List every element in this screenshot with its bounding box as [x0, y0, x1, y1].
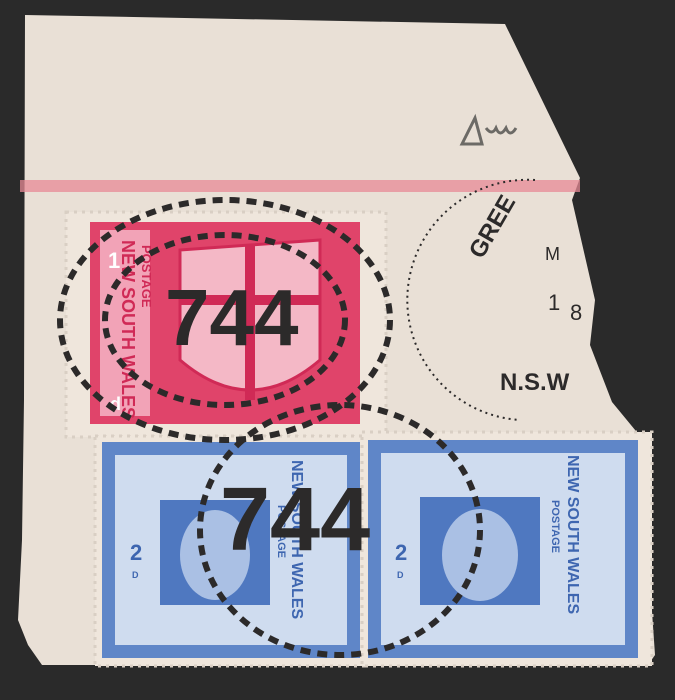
- svg-text:2: 2: [130, 540, 142, 565]
- svg-text:1: 1: [108, 248, 120, 273]
- numeral-744-upper: 744: [165, 273, 299, 362]
- stamp-2d-right: NEW SOUTH WALES POSTAGE 2 D: [362, 432, 652, 666]
- svg-text:NEW SOUTH WALES: NEW SOUTH WALES: [564, 455, 581, 614]
- svg-text:8: 8: [570, 300, 582, 325]
- svg-text:M: M: [545, 244, 560, 264]
- svg-text:D: D: [397, 570, 404, 580]
- svg-text:D: D: [132, 570, 139, 580]
- svg-text:N.S.W: N.S.W: [500, 369, 570, 396]
- svg-text:POSTAGE: POSTAGE: [549, 500, 561, 553]
- svg-text:1: 1: [548, 290, 560, 315]
- svg-text:2: 2: [395, 540, 407, 565]
- red-line: [20, 180, 580, 192]
- numeral-744-lower: 744: [220, 470, 370, 570]
- stamp-fragment-scene: NEW SOUTH WALES POSTAGE 1 d NEW SOUTH WA…: [0, 0, 675, 700]
